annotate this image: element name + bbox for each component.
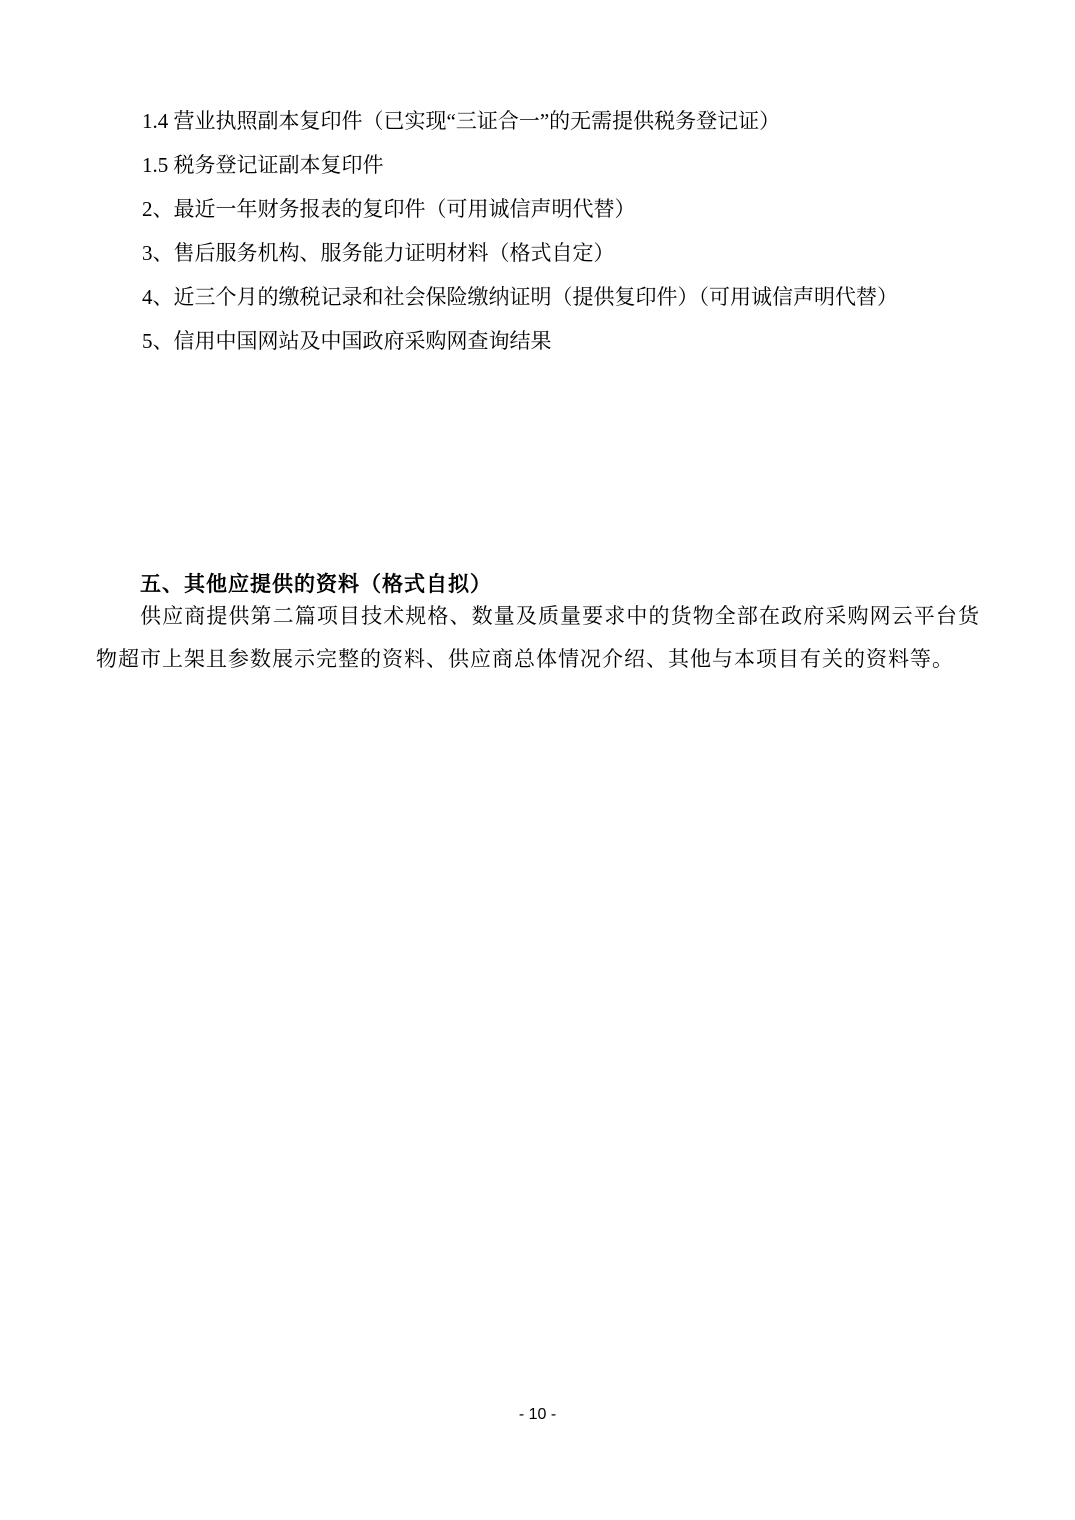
document-page: 1.4 营业执照副本复印件（已实现“三证合一”的无需提供税务登记证） 1.5 税… bbox=[0, 0, 1075, 1520]
page-number: - 10 - bbox=[0, 1406, 1075, 1424]
list-item: 3、售后服务机构、服务能力证明材料（格式自定） bbox=[96, 231, 980, 275]
body-paragraph: 供应商提供第二篇项目技术规格、数量及质量要求中的货物全部在政府采购网云平台货物超… bbox=[96, 595, 980, 681]
page-content: 1.4 营业执照副本复印件（已实现“三证合一”的无需提供税务登记证） 1.5 税… bbox=[96, 99, 980, 681]
list-item: 2、最近一年财务报表的复印件（可用诚信声明代替） bbox=[96, 187, 980, 231]
list-item: 1.5 税务登记证副本复印件 bbox=[96, 143, 980, 187]
section-heading: 五、其他应提供的资料（格式自拟） bbox=[96, 573, 980, 595]
list-item: 4、近三个月的缴税记录和社会保险缴纳证明（提供复印件）（可用诚信声明代替） bbox=[96, 275, 980, 319]
list-item: 1.4 营业执照副本复印件（已实现“三证合一”的无需提供税务登记证） bbox=[96, 99, 980, 143]
list-item: 5、信用中国网站及中国政府采购网查询结果 bbox=[96, 319, 980, 363]
vertical-spacer bbox=[96, 363, 980, 573]
requirements-list: 1.4 营业执照副本复印件（已实现“三证合一”的无需提供税务登记证） 1.5 税… bbox=[96, 99, 980, 363]
